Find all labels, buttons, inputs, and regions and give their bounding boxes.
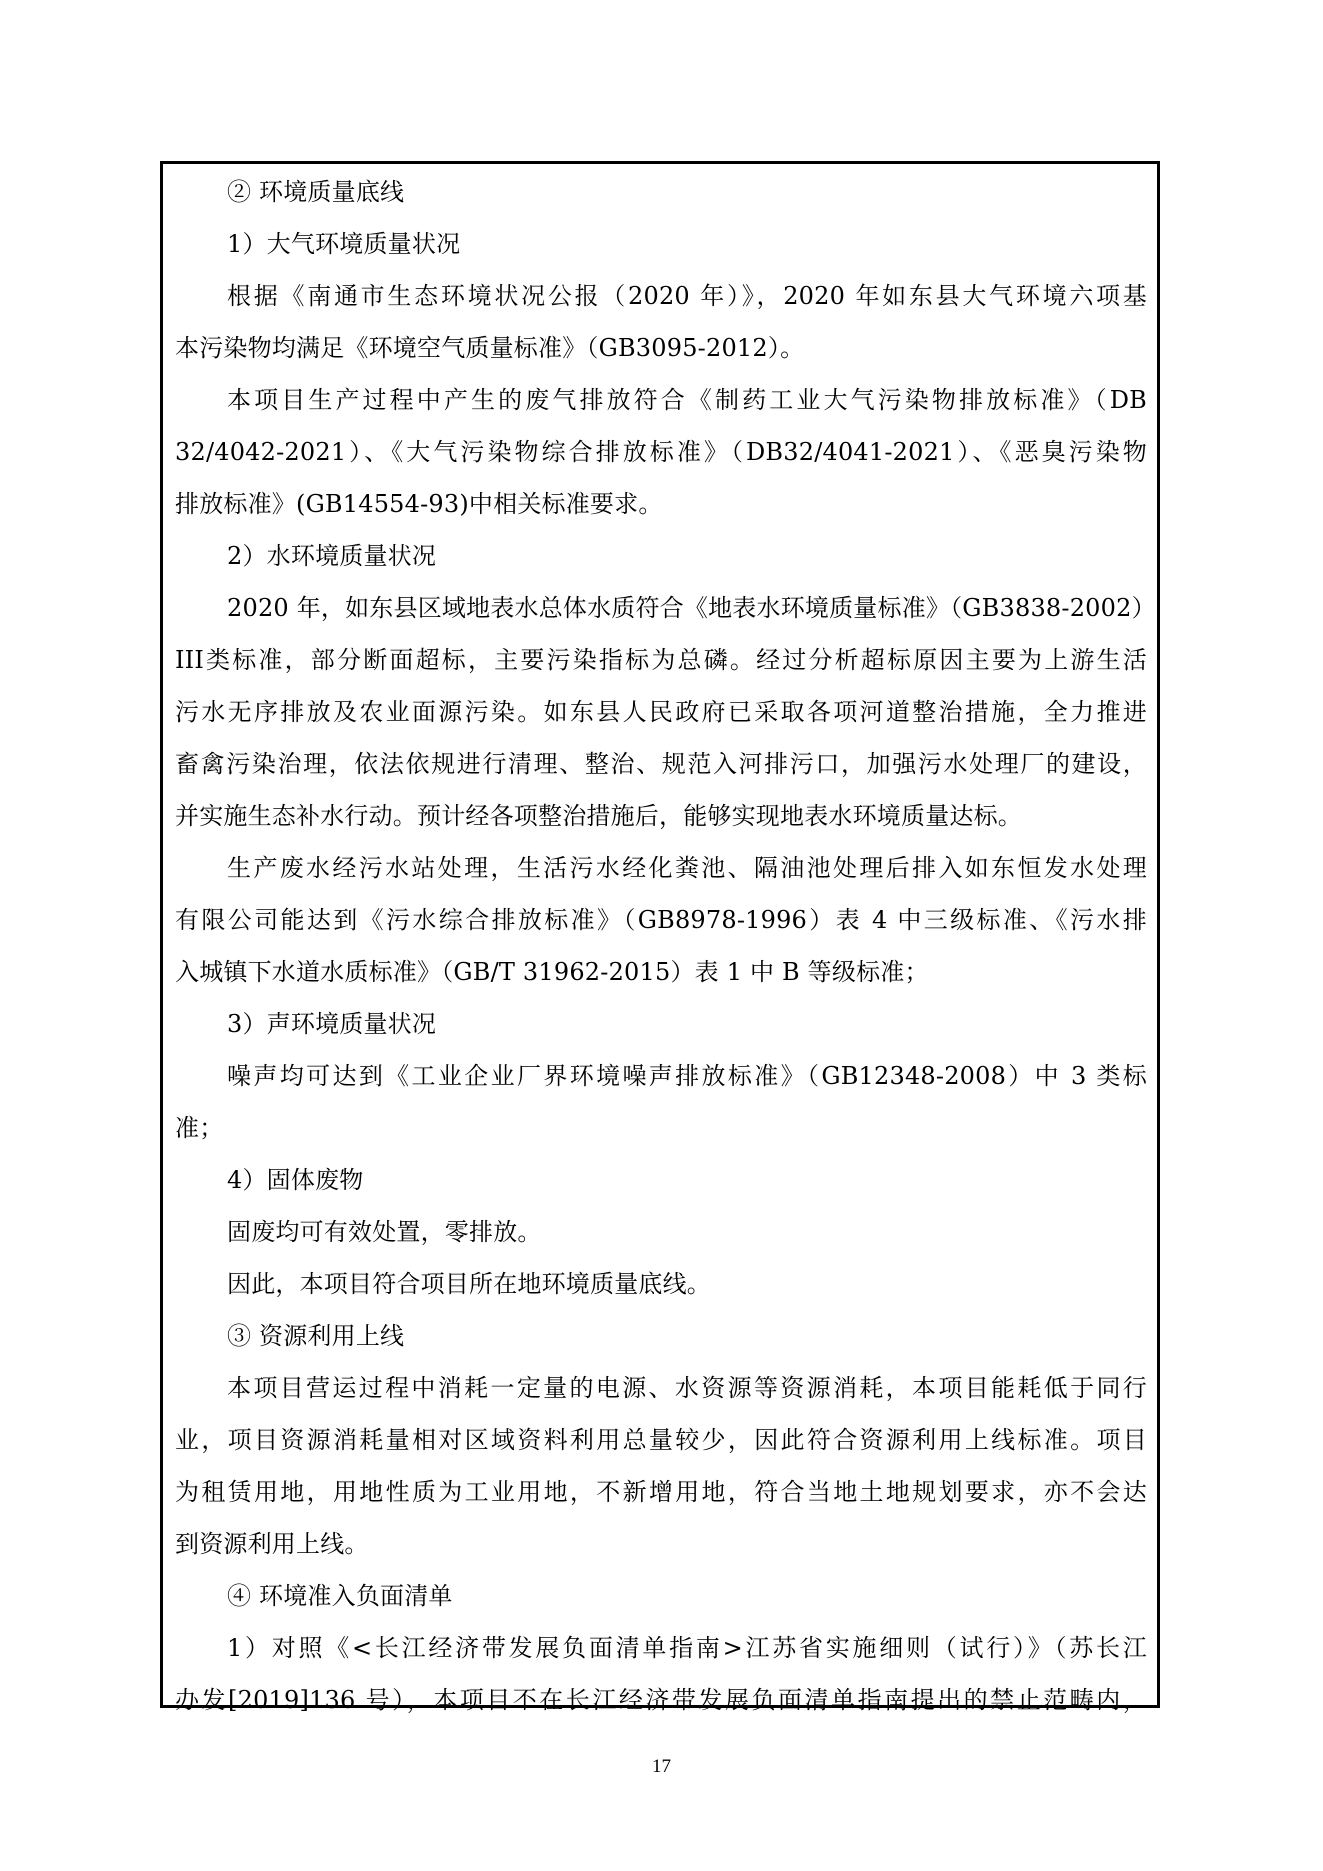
paragraph-line: 排放标准》(GB14554-93)中相关标准要求。 bbox=[175, 478, 1147, 530]
section-heading: ② 环境质量底线 bbox=[175, 166, 1147, 218]
paragraph-line: 生产废水经污水站处理，生活污水经化粪池、隔油池处理后排入如东恒发水处理 bbox=[175, 842, 1147, 894]
document-body: ② 环境质量底线1）大气环境质量状况根据《南通市生态环境状况公报（2020 年）… bbox=[175, 166, 1147, 1726]
paragraph-line: 噪声均可达到《工业企业厂界环境噪声排放标准》（GB12348-2008）中 3 … bbox=[175, 1050, 1147, 1102]
paragraph-line: 办发[2019]136 号），本项目不在长江经济带发展负面清单指南提出的禁止范畴… bbox=[175, 1674, 1147, 1726]
paragraph-line: 因此，本项目符合项目所在地环境质量底线。 bbox=[175, 1258, 1147, 1310]
paragraph-line: 业，项目资源消耗量相对区域资料利用总量较少，因此符合资源利用上线标准。项目 bbox=[175, 1414, 1147, 1466]
subsection-heading: 2）水环境质量状况 bbox=[175, 530, 1147, 582]
paragraph-line: 有限公司能达到《污水综合排放标准》（GB8978-1996）表 4 中三级标准、… bbox=[175, 894, 1147, 946]
paragraph-line: 入城镇下水道水质标准》（GB/T 31962-2015）表 1 中 B 等级标准… bbox=[175, 946, 1147, 998]
paragraph-line: 本项目营运过程中消耗一定量的电源、水资源等资源消耗，本项目能耗低于同行 bbox=[175, 1362, 1147, 1414]
section-heading: ③ 资源利用上线 bbox=[175, 1310, 1147, 1362]
paragraph-line: 并实施生态补水行动。预计经各项整治措施后，能够实现地表水环境质量达标。 bbox=[175, 790, 1147, 842]
paragraph-line: 本污染物均满足《环境空气质量标准》（GB3095-2012）。 bbox=[175, 322, 1147, 374]
paragraph-line: 本项目生产过程中产生的废气排放符合《制药工业大气污染物排放标准》（DB bbox=[175, 374, 1147, 426]
content-frame: ② 环境质量底线1）大气环境质量状况根据《南通市生态环境状况公报（2020 年）… bbox=[160, 161, 1160, 1708]
paragraph-line: 固废均可有效处置，零排放。 bbox=[175, 1206, 1147, 1258]
paragraph-line: 1）对照《<长江经济带发展负面清单指南>江苏省实施细则（试行）》（苏长江 bbox=[175, 1622, 1147, 1674]
subsection-heading: 3）声环境质量状况 bbox=[175, 998, 1147, 1050]
paragraph-line: 畜禽污染治理，依法依规进行清理、整治、规范入河排污口，加强污水处理厂的建设， bbox=[175, 738, 1147, 790]
section-heading: ④ 环境准入负面清单 bbox=[175, 1570, 1147, 1622]
paragraph-line: 到资源利用上线。 bbox=[175, 1518, 1147, 1570]
paragraph-line: 根据《南通市生态环境状况公报（2020 年）》，2020 年如东县大气环境六项基 bbox=[175, 270, 1147, 322]
paragraph-line: 32/4042-2021）、《大气污染物综合排放标准》（DB32/4041-20… bbox=[175, 426, 1147, 478]
paragraph-line: 污水无序排放及农业面源污染。如东县人民政府已采取各项河道整治措施，全力推进 bbox=[175, 686, 1147, 738]
subsection-heading: 1）大气环境质量状况 bbox=[175, 218, 1147, 270]
page-number: 17 bbox=[0, 1756, 1323, 1778]
paragraph-line: 2020 年，如东县区域地表水总体水质符合《地表水环境质量标准》（GB3838-… bbox=[175, 582, 1147, 634]
paragraph-line: III类标准，部分断面超标，主要污染指标为总磷。经过分析超标原因主要为上游生活 bbox=[175, 634, 1147, 686]
subsection-heading: 4）固体废物 bbox=[175, 1154, 1147, 1206]
paragraph-line: 为租赁用地，用地性质为工业用地，不新增用地，符合当地土地规划要求，亦不会达 bbox=[175, 1466, 1147, 1518]
paragraph-line: 准； bbox=[175, 1102, 1147, 1154]
